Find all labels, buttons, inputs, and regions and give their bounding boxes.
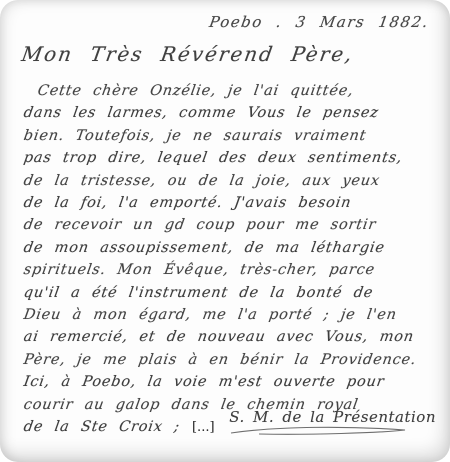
letter-line: de recevoir un gd coup pour me sortir (22, 214, 438, 236)
letter-closing-line: de la Ste Croix ; (22, 416, 182, 438)
letter-salutation: Mon Très Révérend Père, (20, 42, 356, 66)
letter-line: ai remercié, et de nouveau avec Vous, mo… (22, 326, 438, 348)
letter-line: bien. Toutefois, je ne saurais vraiment (22, 125, 438, 147)
letter-line: pas trop dire, lequel des deux sentiment… (22, 147, 438, 169)
letter-line: Dieu à mon égard, me l'a porté ; je l'en (22, 304, 438, 326)
letter-line: de mon assoupissement, de ma léthargie (22, 237, 438, 259)
letter-dateline: Poebo . 3 Mars 1882. (208, 13, 430, 31)
signature-text: S. M. de la Présentation (229, 408, 436, 426)
letter-body: Cette chère Onzélie, je l'ai quittée, da… (22, 80, 434, 440)
letter-line: de la tristesse, ou de la joie, aux yeux (22, 170, 438, 192)
editorial-omission-mark: [...] (188, 417, 219, 439)
letter-line: spirituels. Mon Évêque, très-cher, parce (22, 259, 438, 281)
signature-block: S. M. de la Présentation (229, 407, 436, 436)
letter-scan-page: Poebo . 3 Mars 1882. Mon Très Révérend P… (0, 0, 450, 462)
letter-line: Ici, à Poebo, la voie m'est ouverte pour (22, 371, 438, 393)
letter-line: de la foi, l'a emporté. J'avais besoin (22, 192, 438, 214)
letter-line: Cette chère Onzélie, je l'ai quittée, (22, 80, 438, 102)
letter-line: Père, je me plais à en bénir la Providen… (22, 349, 438, 371)
letter-line: qu'il a été l'instrument de la bonté de (22, 282, 438, 304)
letter-line: dans les larmes, comme Vous le pensez (22, 102, 438, 124)
